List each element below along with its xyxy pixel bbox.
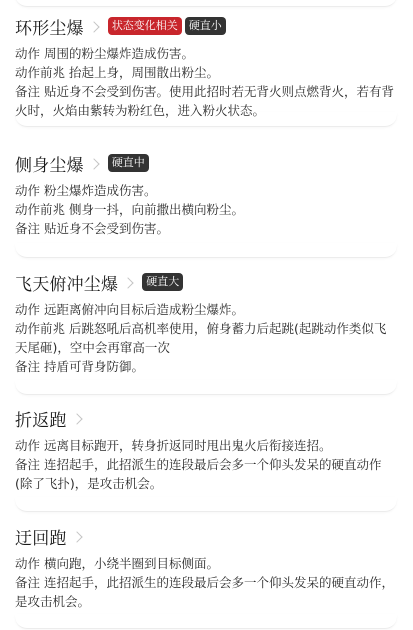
move-card: 飞天俯冲尘爆 硬直大 动作远距离俯冲向目标后造成粉尘爆炸。 动作前兆后跳怒吼后高… [15,270,397,376]
card-divider [15,614,397,629]
move-title: 环形尘爆 [15,14,84,39]
detail-line: 动作远离目标跑开，转身折返同时甩出鬼火后衔接连招。 [15,436,397,455]
detail-line: 动作周围的粉尘爆炸造成伤害。 [15,44,397,63]
move-title: 折返跑 [15,406,67,431]
tag-status-change: 状态变化相关 [108,17,182,35]
chevron-right-icon [123,277,134,288]
card-divider [15,243,397,258]
move-title-link[interactable]: 迂回跑 [15,524,397,548]
detail-line: 动作前兆后跳怒吼后高机率使用，俯身蓄力后起跳(起跳动作类似飞天尾砸)，空中会再窜… [15,319,397,357]
detail-line: 动作粉尘爆炸造成伤害。 [15,181,397,200]
detail-line: 备注贴近身不会受到伤害。 [15,219,397,238]
detail-line: 动作前兆抬起上身，周围散出粉尘。 [15,63,397,82]
move-details: 动作粉尘爆炸造成伤害。 动作前兆侧身一抖，向前撒出横向粉尘。 备注贴近身不会受到… [15,181,397,238]
move-title-link[interactable]: 环形尘爆 状态变化相关 硬直小 [15,14,397,38]
move-details: 动作远离目标跑开，转身折返同时甩出鬼火后衔接连招。 备注连招起手，此招派生的连段… [15,436,397,493]
chevron-right-icon [71,531,82,542]
move-card: 侧身尘爆 硬直中 动作粉尘爆炸造成伤害。 动作前兆侧身一抖，向前撒出横向粉尘。 … [15,151,397,238]
move-title-link[interactable]: 侧身尘爆 硬直中 [15,151,397,175]
move-title-link[interactable]: 飞天俯冲尘爆 硬直大 [15,270,397,294]
move-title-link[interactable]: 折返跑 [15,406,397,430]
card-divider [15,0,397,7]
move-details: 动作横向跑，小绕半圈到目标侧面。 备注连招起手，此招派生的连段最后会多一个仰头发… [15,554,397,611]
detail-line: 动作远距离俯冲向目标后造成粉尘爆炸。 [15,300,397,319]
detail-line: 动作前兆侧身一抖，向前撒出横向粉尘。 [15,200,397,219]
move-card: 环形尘爆 状态变化相关 硬直小 动作周围的粉尘爆炸造成伤害。 动作前兆抬起上身，… [15,14,397,120]
move-title: 迂回跑 [15,524,67,549]
move-details: 动作周围的粉尘爆炸造成伤害。 动作前兆抬起上身，周围散出粉尘。 备注贴近身不会受… [15,44,397,120]
card-divider [15,112,397,127]
chevron-right-icon [88,158,99,169]
tag-stagger: 硬直中 [108,154,149,172]
detail-line: 动作横向跑，小绕半圈到目标侧面。 [15,554,397,573]
tag-stagger: 硬直大 [142,273,183,291]
chevron-right-icon [71,413,82,424]
move-title: 飞天俯冲尘爆 [15,270,118,295]
move-title: 侧身尘爆 [15,151,84,176]
detail-line: 备注连招起手，此招派生的连段最后会多一个仰头发呆的硬直动作，是攻击机会。 [15,573,397,611]
move-card: 迂回跑 动作横向跑，小绕半圈到目标侧面。 备注连招起手，此招派生的连段最后会多一… [15,524,397,611]
move-details: 动作远距离俯冲向目标后造成粉尘爆炸。 动作前兆后跳怒吼后高机率使用，俯身蓄力后起… [15,300,397,376]
detail-line: 备注连招起手，此招派生的连段最后会多一个仰头发呆的硬直动作(除了飞扑)，是攻击机… [15,455,397,493]
card-divider [15,497,397,512]
card-divider [15,380,397,395]
tag-stagger: 硬直小 [185,17,226,35]
chevron-right-icon [88,21,99,32]
detail-line: 备注持盾可背身防御。 [15,357,397,376]
move-card: 折返跑 动作远离目标跑开，转身折返同时甩出鬼火后衔接连招。 备注连招起手，此招派… [15,406,397,493]
